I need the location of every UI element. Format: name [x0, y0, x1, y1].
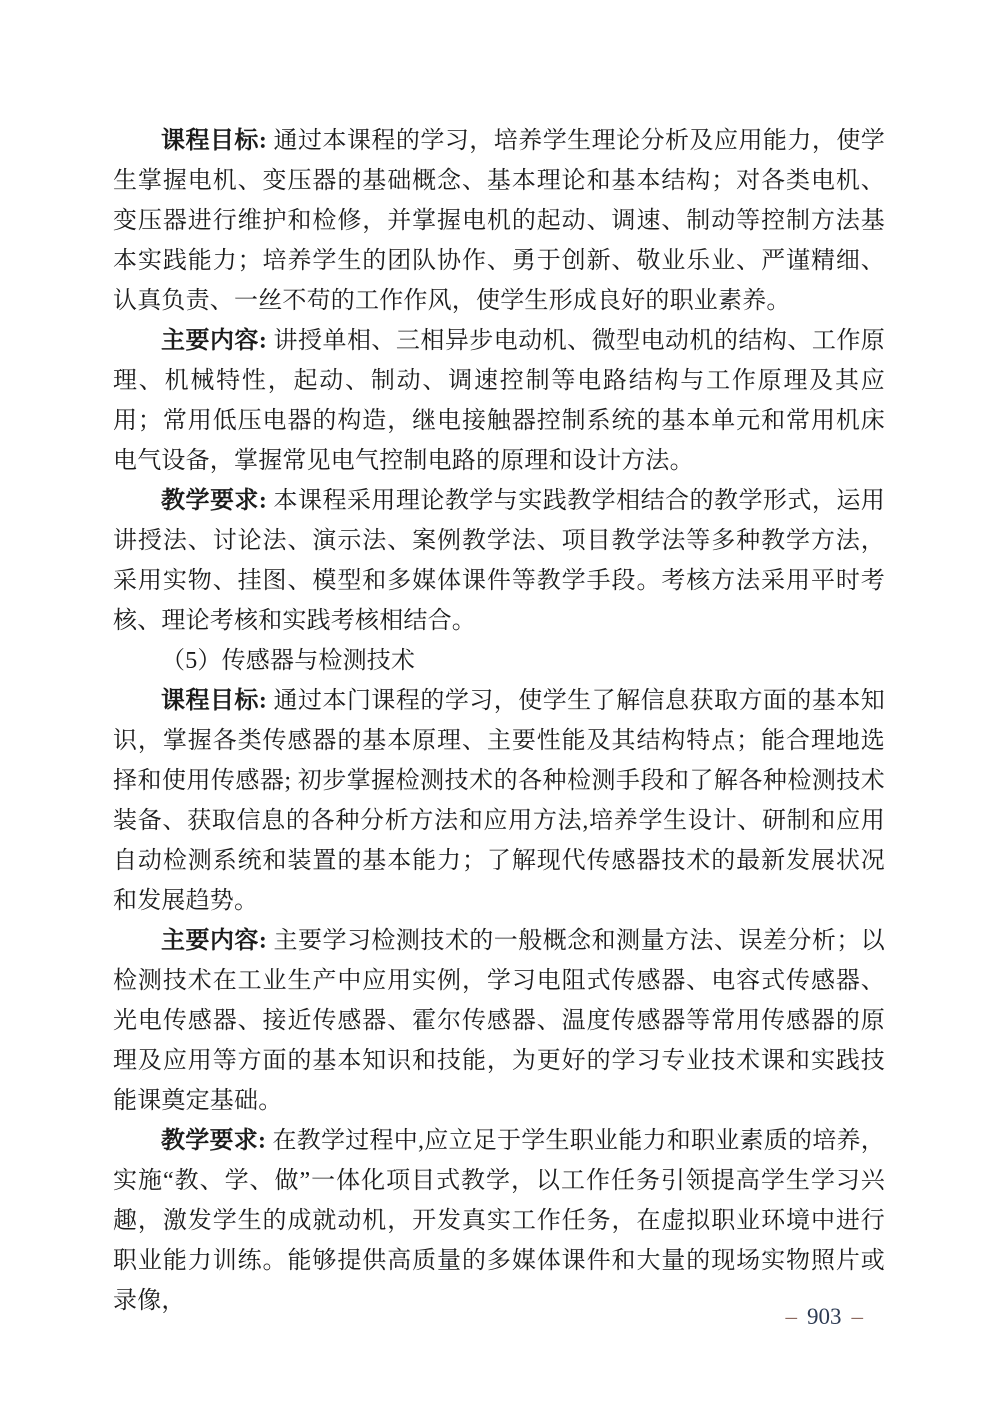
document-body: 课程目标: 通过本课程的学习，培养学生理论分析及应用能力，使学生掌握电机、变压器… [113, 121, 885, 1321]
paragraph: 教学要求: 本课程采用理论教学与实践教学相结合的教学形式，运用讲授法、讨论法、演… [113, 481, 885, 641]
section-heading: （5）传感器与检测技术 [113, 641, 885, 681]
paragraph: 教学要求: 在教学过程中,应立足于学生职业能力和职业素质的培养，实施“教、学、做… [113, 1121, 885, 1321]
footer-dash-left: – [786, 1304, 798, 1329]
paragraph-label: 教学要求: [161, 488, 267, 514]
paragraph: 主要内容: 讲授单相、三相异步电动机、微型电动机的结构、工作原理、机械特性，起动… [113, 321, 885, 481]
document-page: 课程目标: 通过本课程的学习，培养学生理论分析及应用能力，使学生掌握电机、变压器… [0, 0, 1000, 1414]
page-number: 903 [807, 1304, 842, 1329]
paragraph-text: 通过本课程的学习，培养学生理论分析及应用能力，使学生掌握电机、变压器的基础概念、… [113, 128, 885, 314]
paragraph-label: 课程目标: [161, 128, 267, 154]
paragraph-label: 主要内容: [161, 928, 267, 954]
page-footer: –903– [786, 1303, 864, 1331]
paragraph-text: 通过本门课程的学习，使学生了解信息获取方面的基本知识，掌握各类传感器的基本原理、… [113, 688, 885, 914]
paragraph-label: 主要内容: [161, 328, 267, 354]
section-heading-text: （5）传感器与检测技术 [161, 648, 415, 674]
paragraph-text: 在教学过程中,应立足于学生职业能力和职业素质的培养，实施“教、学、做”一体化项目… [113, 1128, 885, 1314]
paragraph: 主要内容: 主要学习检测技术的一般概念和测量方法、误差分析；以检测技术在工业生产… [113, 921, 885, 1121]
footer-dash-right: – [852, 1304, 864, 1329]
paragraph-label: 教学要求: [161, 1128, 266, 1154]
paragraph-text: 主要学习检测技术的一般概念和测量方法、误差分析；以检测技术在工业生产中应用实例，… [113, 928, 885, 1114]
paragraph: 课程目标: 通过本课程的学习，培养学生理论分析及应用能力，使学生掌握电机、变压器… [113, 121, 885, 321]
paragraph-label: 课程目标: [161, 688, 267, 714]
paragraph: 课程目标: 通过本门课程的学习，使学生了解信息获取方面的基本知识，掌握各类传感器… [113, 681, 885, 921]
